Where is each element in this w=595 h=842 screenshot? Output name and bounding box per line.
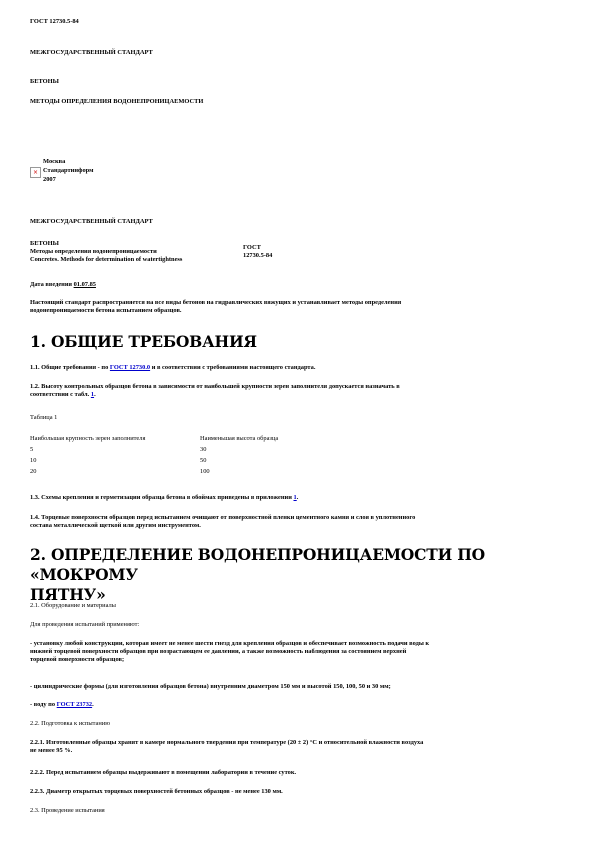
table-header-row: Наибольшая крупность зерен заполнителя Н…	[30, 435, 282, 446]
list-item-installation: - установку любой конструкции, которая и…	[30, 640, 429, 664]
title-block-standard-type: МЕЖГОСУДАРСТВЕННЫЙ СТАНДАРТ	[30, 218, 153, 226]
gost-number: 12730.5-84	[243, 252, 272, 260]
section-2-heading: 2. ОПРЕДЕЛЕНИЕ ВОДОНЕПРОНИЦАЕМОСТИ ПО «М…	[30, 545, 570, 605]
title-block-title-en: Concretes. Methods for determination of …	[30, 256, 182, 264]
doc-title: МЕТОДЫ ОПРЕДЕЛЕНИЯ ВОДОНЕПРОНИЦАЕМОСТИ	[30, 98, 203, 106]
para-2-1: 2.1. Оборудование и материалы	[30, 602, 116, 610]
table-row: 5 30	[30, 446, 282, 457]
broken-image-icon: ×	[30, 167, 41, 178]
publisher-year: 2007	[43, 176, 56, 184]
link-gost-23732[interactable]: ГОСТ 23732	[57, 701, 92, 708]
publisher-name: Стандартинформ	[43, 167, 93, 175]
para-2-3: 2.3. Проведение испытания	[30, 807, 105, 815]
standard-type: МЕЖГОСУДАРСТВЕННЫЙ СТАНДАРТ	[30, 49, 153, 57]
table-row: 10 50	[30, 457, 282, 468]
section-1-heading: 1. ОБЩИЕ ТРЕБОВАНИЯ	[30, 332, 257, 352]
table-row: 20 100	[30, 468, 282, 479]
link-gost-12730-0[interactable]: ГОСТ 12730.0	[110, 364, 150, 371]
para-1-3: 1.3. Схемы крепления и герметизации обра…	[30, 494, 298, 502]
list-item-forms: - цилиндрические формы (для изготовления…	[30, 683, 391, 691]
introduction-date: Дата введения 01.07.85	[30, 281, 96, 289]
para-2-2-2: 2.2.2. Перед испытанием образцы выдержив…	[30, 769, 296, 777]
doc-code: ГОСТ 12730.5-84	[30, 18, 79, 26]
doc-subject: БЕТОНЫ	[30, 78, 59, 86]
para-2-2-3: 2.2.3. Диаметр открытых торцевых поверхн…	[30, 788, 283, 796]
para-2-2: 2.2. Подготовка к испытанию	[30, 720, 110, 728]
para-1-2: 1.2. Высоту контрольных образцов бетона …	[30, 383, 400, 399]
para-1-1: 1.1. Общие требования - по ГОСТ 12730.0 …	[30, 364, 315, 372]
publisher-city: Москва	[43, 158, 65, 166]
table-caption: Таблица 1	[30, 414, 57, 422]
title-block-subject: БЕТОНЫ	[30, 240, 182, 248]
para-2-1-intro: Для проведения испытаний применяют:	[30, 621, 139, 629]
para-1-4: 1.4. Торцевые поверхности образцов перед…	[30, 514, 415, 530]
title-block-title-ru: Методы определения водонепроницаемости	[30, 248, 182, 256]
title-block-gost: ГОСТ 12730.5-84	[243, 244, 272, 260]
gost-label: ГОСТ	[243, 244, 272, 252]
title-block: БЕТОНЫ Методы определения водонепроницае…	[30, 240, 182, 264]
para-2-2-1: 2.2.1. Изготовленные образцы хранят в ка…	[30, 739, 423, 755]
table-1: Наибольшая крупность зерен заполнителя Н…	[30, 435, 282, 479]
introduction-date-value[interactable]: 01.07.85	[74, 281, 96, 288]
scope-paragraph: Настоящий стандарт распространяется на в…	[30, 299, 401, 315]
list-item-water: - воду по ГОСТ 23732.	[30, 701, 94, 709]
